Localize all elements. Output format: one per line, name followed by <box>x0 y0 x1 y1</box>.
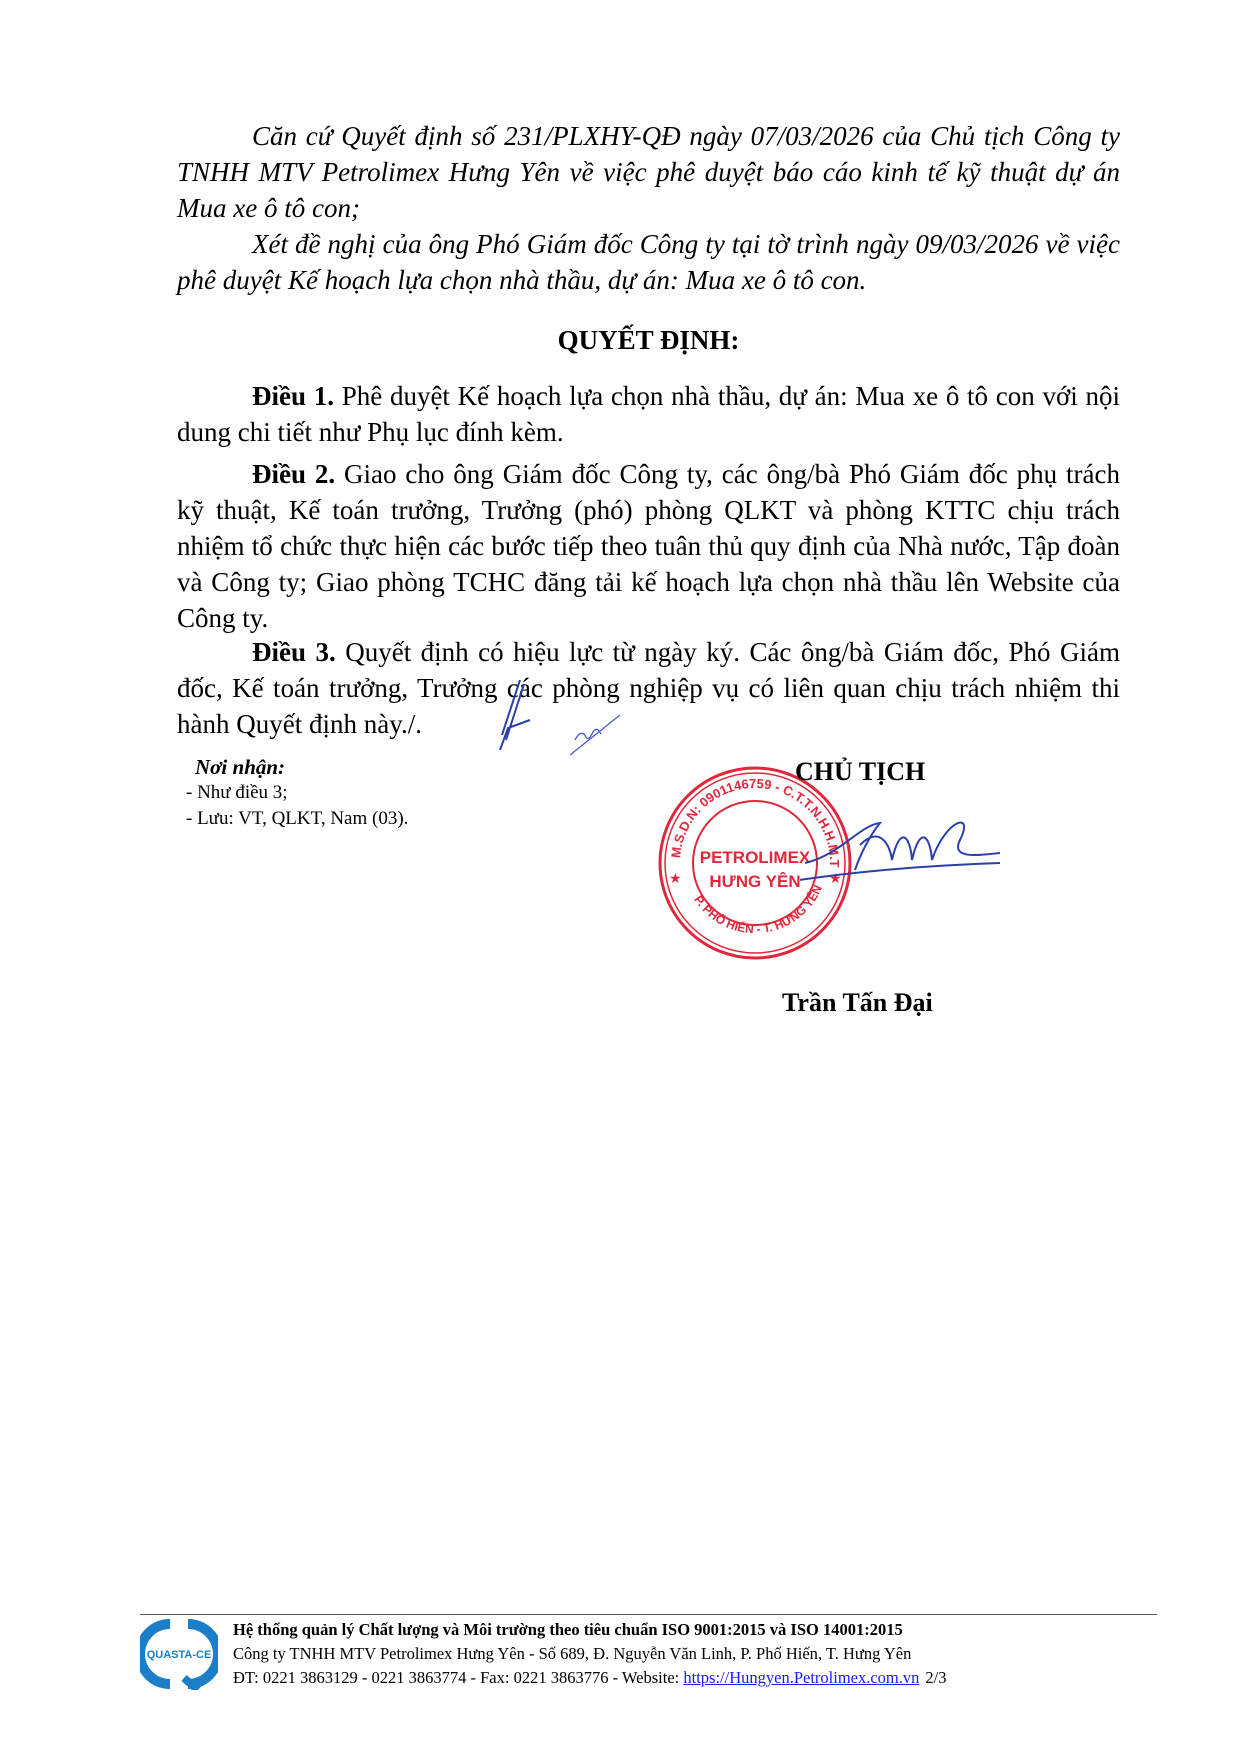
article-2: Điều 2. Giao cho ông Giám đốc Công ty, c… <box>177 456 1120 636</box>
page-number: 2/3 <box>925 1668 946 1687</box>
signature-icon <box>800 815 1000 885</box>
recipient-item: - Lưu: VT, QLKT, Nam (03). <box>186 806 408 832</box>
svg-text:★: ★ <box>669 872 682 887</box>
website-link[interactable]: https://Hungyen.Petrolimex.com.vn <box>683 1668 919 1687</box>
preamble-legal-basis: Căn cứ Quyết định số 231/PLXHY-QĐ ngày 0… <box>177 118 1120 226</box>
footer-text: Hệ thống quản lý Chất lượng và Môi trườn… <box>233 1618 946 1690</box>
recipients-label: Nơi nhận: <box>195 754 408 780</box>
article-1: Điều 1. Phê duyệt Kế hoạch lựa chọn nhà … <box>177 378 1120 450</box>
article-3-label: Điều 3. <box>252 637 336 667</box>
recipients-block: Nơi nhận: - Như điều 3; - Lưu: VT, QLKT,… <box>186 754 408 832</box>
svg-text:QUASTA-CE: QUASTA-CE <box>147 1649 212 1661</box>
recipient-item: - Như điều 3; <box>186 780 408 806</box>
handwritten-initials-icon <box>490 680 630 760</box>
svg-text:HƯNG YÊN: HƯNG YÊN <box>709 872 800 891</box>
decision-title: QUYẾT ĐỊNH: <box>177 325 1120 356</box>
quasta-ce-logo-icon: QUASTA-CE <box>140 1618 218 1690</box>
footer-divider <box>140 1614 1157 1615</box>
svg-text:PETROLIMEX: PETROLIMEX <box>700 848 811 867</box>
signer-title: CHỦ TỊCH <box>795 757 925 787</box>
document-page: Căn cứ Quyết định số 231/PLXHY-QĐ ngày 0… <box>0 0 1241 1755</box>
article-1-label: Điều 1. <box>252 381 334 411</box>
footer-contact-text: ĐT: 0221 3863129 - 0221 3863774 - Fax: 0… <box>233 1668 683 1687</box>
footer-contact-line: ĐT: 0221 3863129 - 0221 3863774 - Fax: 0… <box>233 1666 946 1690</box>
footer-address-line: Công ty TNHH MTV Petrolimex Hưng Yên - S… <box>233 1642 946 1666</box>
signer-name: Trần Tấn Đại <box>782 988 933 1018</box>
article-2-label: Điều 2. <box>252 459 335 489</box>
article-3: Điều 3. Quyết định có hiệu lực từ ngày k… <box>177 634 1120 742</box>
footer-iso-line: Hệ thống quản lý Chất lượng và Môi trườn… <box>233 1618 946 1642</box>
preamble-proposal: Xét đề nghị của ông Phó Giám đốc Công ty… <box>177 226 1120 298</box>
